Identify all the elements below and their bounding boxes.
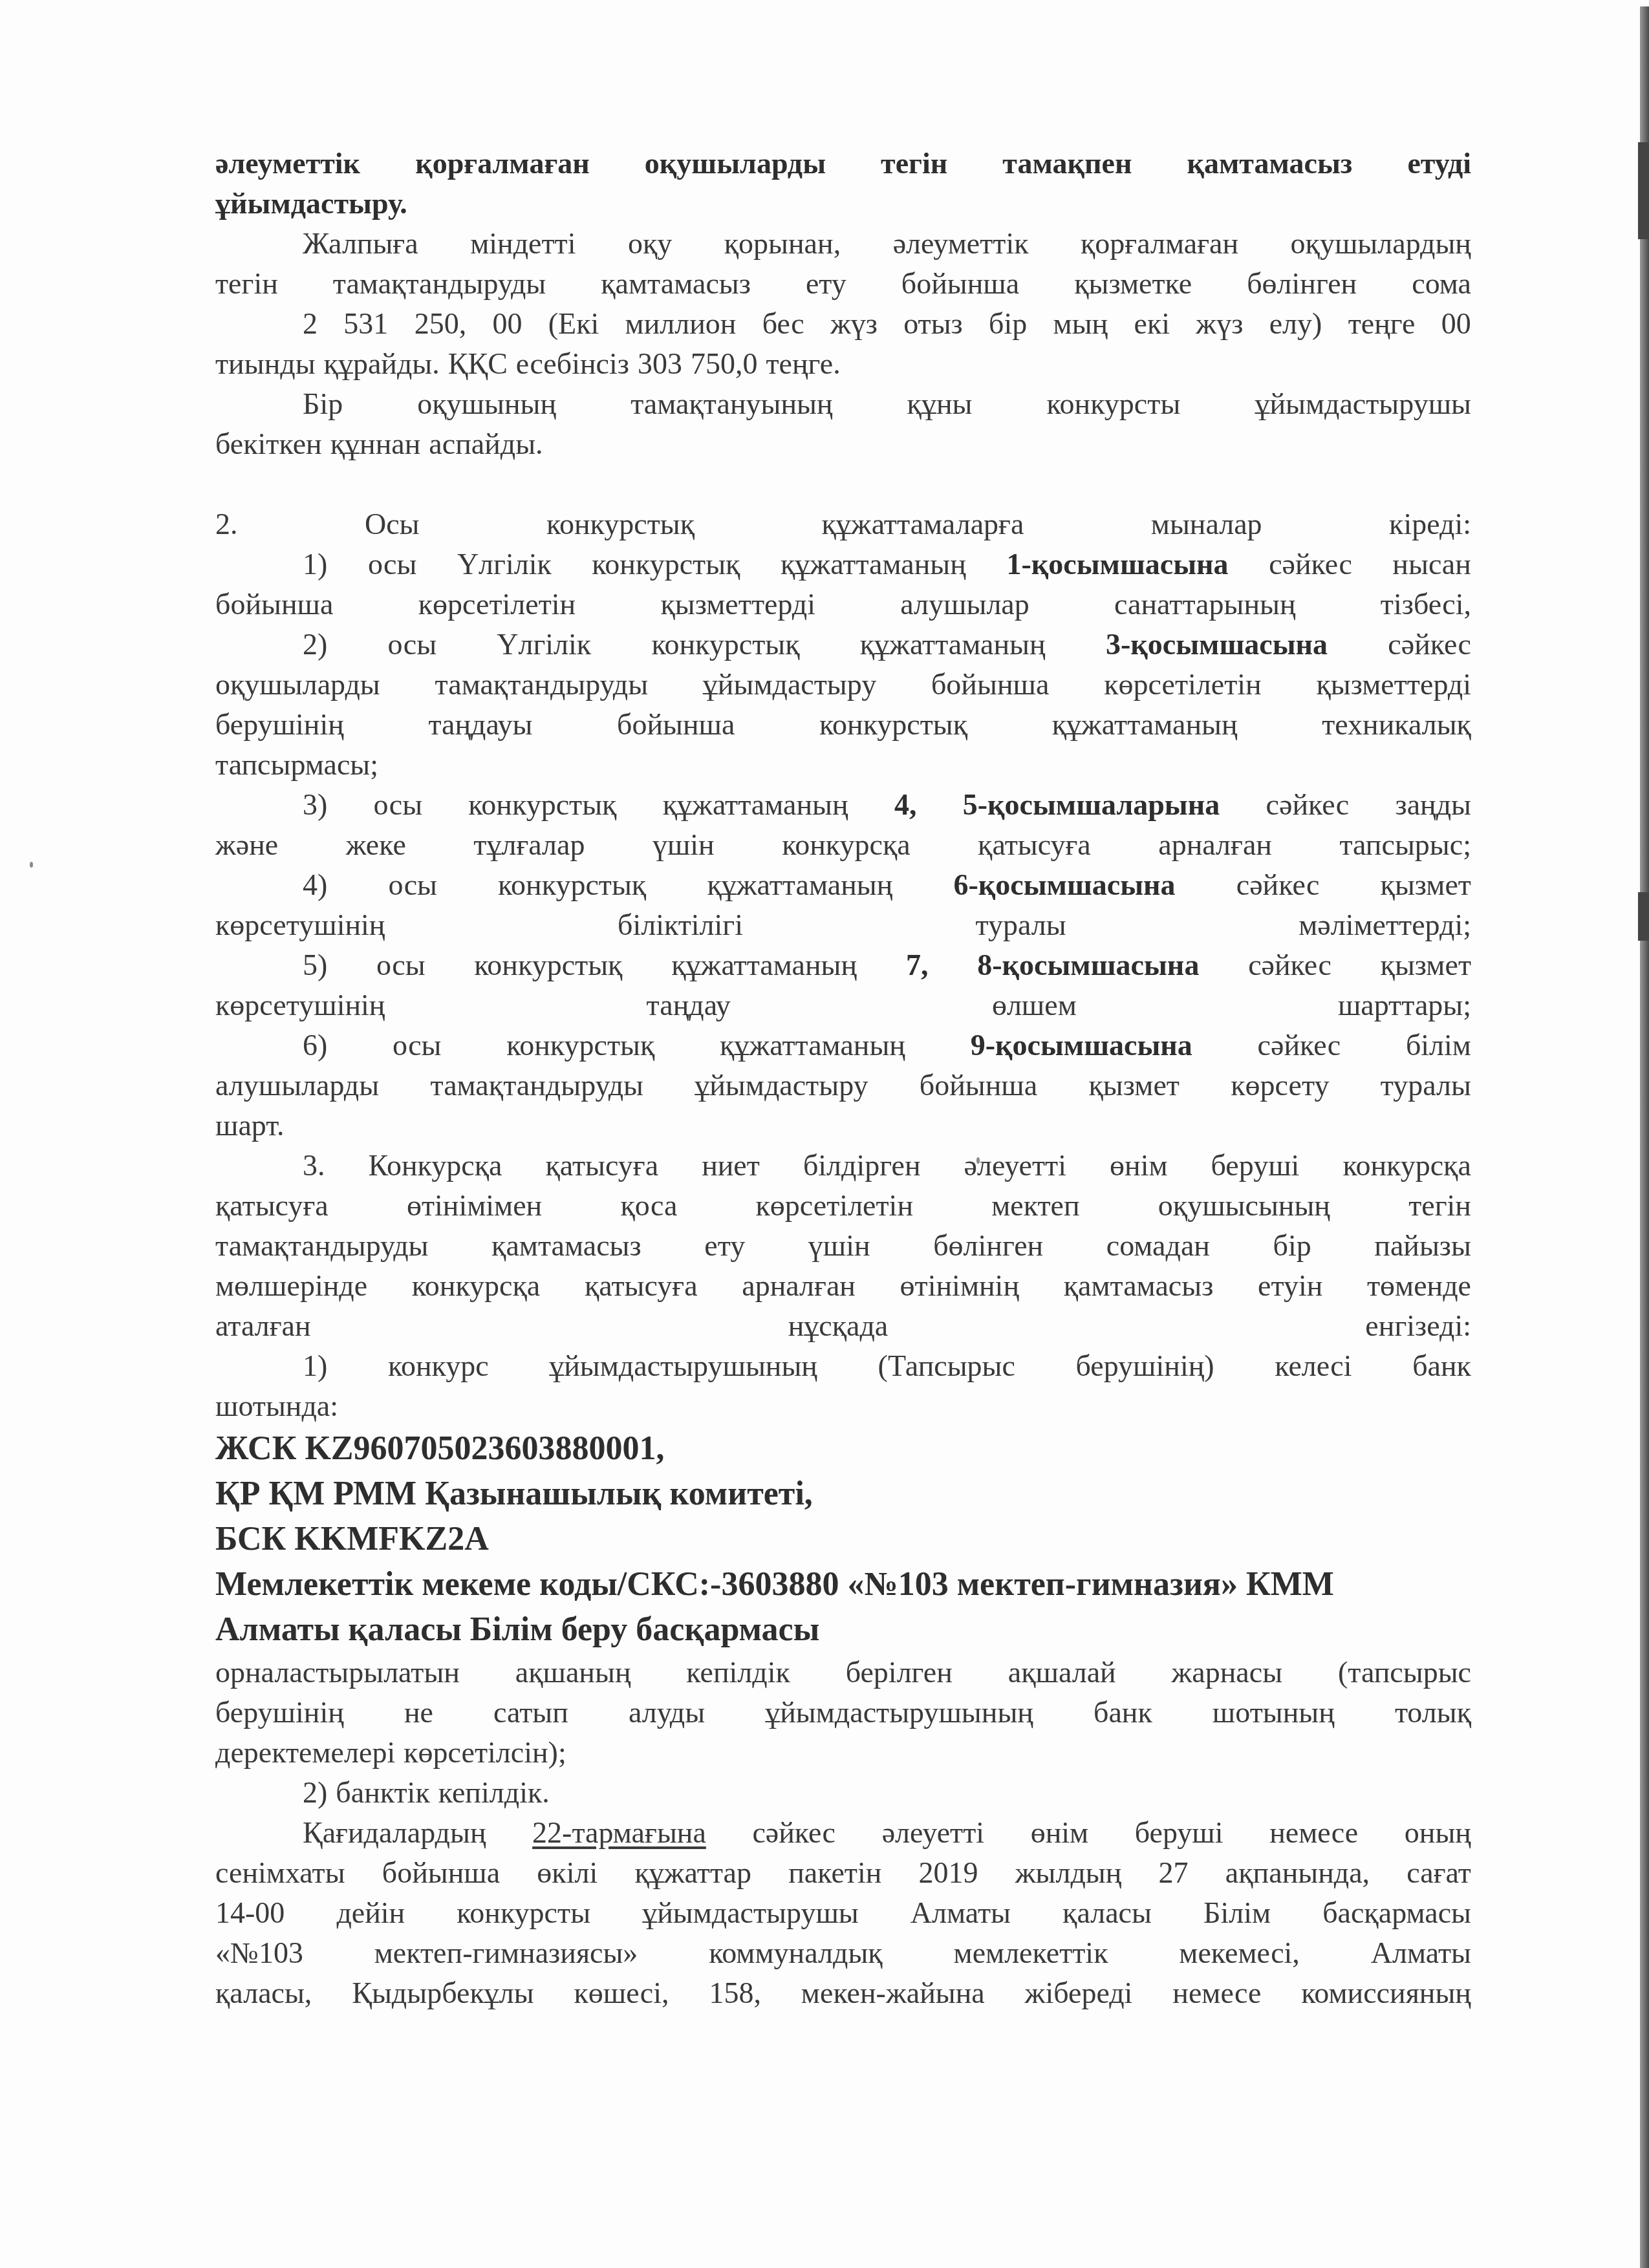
- word: құжаттаманың: [663, 785, 848, 825]
- word: 1): [303, 1346, 327, 1386]
- word: 3): [303, 785, 327, 825]
- word: беруші: [1211, 1146, 1300, 1186]
- word: нұсқада: [788, 1306, 889, 1346]
- word: Алматы: [911, 1893, 1011, 1933]
- word: (Екі: [548, 304, 599, 344]
- word: Қыдырбекұлы: [352, 1973, 533, 2013]
- word: 4): [303, 865, 327, 905]
- word: берілген: [846, 1653, 953, 1693]
- word: қызметтерді: [660, 584, 815, 625]
- word: 303: [638, 344, 682, 384]
- list-item: 3)осыконкурстыққұжаттаманың4,5-қосымшала…: [215, 785, 1471, 825]
- word: техникалық: [1322, 705, 1471, 745]
- text-line: орналастырылатынақшаныңкепілдікберілгена…: [215, 1653, 1471, 1693]
- word: тұлғалар: [473, 825, 585, 865]
- word: қаласы: [1062, 1893, 1152, 1933]
- word: таңдауы: [428, 705, 532, 745]
- word: аспайды.: [429, 424, 543, 464]
- word: теңге: [1348, 304, 1416, 344]
- word: құжаттар: [634, 1853, 751, 1893]
- word: миллион: [625, 304, 737, 344]
- word: 250,: [415, 304, 467, 344]
- word: бес: [762, 304, 804, 344]
- word: конкурсқа: [782, 825, 911, 865]
- word: ұйымдастыру.: [215, 184, 407, 224]
- word: Қағидалардың: [303, 1813, 486, 1853]
- heading-line: ұйымдастыру.: [215, 184, 1471, 224]
- text-line: бекіткенқұннанаспайды.: [215, 424, 1471, 464]
- text-line: деректемелерікөрсетілсін);: [215, 1733, 1471, 1773]
- word: құжаттаманың: [720, 1025, 905, 1065]
- word: қызмет: [1381, 945, 1471, 985]
- word: тамақтандыруды: [215, 1226, 428, 1266]
- appendix-reference: 3-қосымшасына: [1106, 625, 1328, 665]
- word: мектеп: [991, 1186, 1079, 1226]
- word: осы: [374, 785, 422, 825]
- word: берушінің): [1076, 1346, 1214, 1386]
- word: сенімхаты: [215, 1853, 345, 1893]
- list-item-continuation: оқушылардытамақтандырудыұйымдастырубойын…: [215, 665, 1471, 705]
- word: қамтамасыз: [1187, 144, 1353, 184]
- word: әлеуетті: [964, 1146, 1066, 1186]
- word: мың: [1053, 304, 1108, 344]
- word: жеке: [346, 825, 406, 865]
- word: мекемесі,: [1179, 1933, 1300, 1973]
- word: коммуналдық: [709, 1933, 882, 1973]
- list-item-continuation: шарт.: [215, 1106, 1471, 1146]
- word: құжаттаманың: [781, 544, 966, 584]
- word: 158,: [709, 1973, 761, 2013]
- word: пакетін: [788, 1853, 881, 1893]
- word: сәйкес: [752, 1813, 835, 1853]
- text-line: мөлшеріндеконкурсқақатысуғаарналғанөтіні…: [215, 1266, 1471, 1306]
- word: құннан: [330, 424, 421, 464]
- text-line: 14-00дейінконкурстыұйымдастырушыАлматықа…: [215, 1893, 1471, 1933]
- word: сәйкес: [1266, 785, 1350, 825]
- word: қаласы,: [215, 1973, 312, 2013]
- word: (тапсырыс: [1338, 1653, 1471, 1693]
- list-item: 4)осыконкурстыққұжаттаманың6-қосымшасына…: [215, 865, 1471, 905]
- word: құжаттамаларға: [822, 504, 1024, 544]
- word: қорғалмаған: [415, 144, 590, 184]
- word: қызметке: [1074, 264, 1192, 304]
- word: конкурсқа: [412, 1266, 541, 1306]
- word: жүз: [1196, 304, 1243, 344]
- word: Осы: [365, 504, 420, 544]
- word: сәйкес: [1258, 1025, 1341, 1065]
- word: немесе: [1269, 1813, 1358, 1853]
- word: конкурстық: [468, 785, 616, 825]
- appendix-reference: 7,: [906, 945, 929, 985]
- heading-line: әлеуметтікқорғалмағаноқушылардытегінтама…: [215, 144, 1471, 184]
- word: конкурстық: [474, 945, 622, 985]
- word: тегін: [1408, 1186, 1471, 1226]
- word: қорынан,: [724, 224, 841, 264]
- word: ұйымдастырушының: [765, 1693, 1033, 1733]
- word: бойынша: [920, 1065, 1037, 1106]
- word: қоса: [620, 1186, 677, 1226]
- word: комиссияның: [1301, 1973, 1471, 2013]
- word: конкурстық: [546, 504, 695, 544]
- appendix-reference: 8-қосымшасына: [977, 945, 1199, 985]
- text-line: 2531250,00(Екімиллионбесжүзотызбірмыңекі…: [215, 304, 1471, 344]
- word: оқушының: [417, 384, 556, 424]
- list-item-continuation: бойыншакөрсетілетінқызметтердіалушыларса…: [215, 584, 1471, 625]
- word: тамақтануының: [630, 384, 832, 424]
- word: жүз: [830, 304, 878, 344]
- list-item: 6)осыконкурстыққұжаттаманың9-қосымшасына…: [215, 1025, 1471, 1065]
- word: конкурстық: [498, 865, 646, 905]
- word: оқушыларды: [215, 665, 380, 705]
- word: конкурсқа: [1342, 1146, 1471, 1186]
- word: тапсырыс;: [1339, 825, 1471, 865]
- rules-clause-reference: 22-тармағына: [532, 1813, 706, 1853]
- word: мыналар: [1151, 504, 1262, 544]
- word: білім: [1406, 1025, 1471, 1065]
- list-item: 5)осыконкурстыққұжаттаманың7,8-қосымшасы…: [215, 945, 1471, 985]
- word: қызметтерді: [1316, 665, 1471, 705]
- section-title: 2.Осыконкурстыққұжаттамаларғамыналаркіре…: [215, 504, 1471, 544]
- word: 5): [303, 945, 327, 985]
- word: деректемелері: [215, 1733, 395, 1773]
- word: шарттары;: [1338, 985, 1471, 1025]
- word: көрсетушінің: [215, 905, 385, 945]
- word: құжаттаманың: [707, 865, 892, 905]
- word: Конкурсқа: [369, 1146, 502, 1186]
- text-line: қатысуғаөтініміменқосакөрсетілетінмектеп…: [215, 1186, 1471, 1226]
- word: бір: [1273, 1226, 1311, 1266]
- word: бойынша: [901, 264, 1019, 304]
- word: қорғалмаған: [1081, 224, 1238, 264]
- word: 00: [492, 304, 522, 344]
- word: біліктілігі: [618, 905, 743, 945]
- list-item-continuation: жәнежекетұлғаларүшінконкурсқақатысуғаарн…: [215, 825, 1471, 865]
- word: тамақтандыруды: [333, 264, 546, 304]
- word: көрсетушінің: [215, 985, 385, 1025]
- word: мемлекеттік: [954, 1933, 1108, 1973]
- document-body: әлеуметтікқорғалмағаноқушылардытегінтама…: [215, 144, 1471, 2013]
- list-item-continuation: көрсетушініңтаңдауөлшемшарттары;: [215, 985, 1471, 1025]
- word: осы: [368, 544, 416, 584]
- word: бір: [989, 304, 1027, 344]
- word: оқушылардың: [1291, 224, 1471, 264]
- word: санаттарының: [1114, 584, 1295, 625]
- word: 00: [1441, 304, 1471, 344]
- word: қамтамасыз: [601, 264, 751, 304]
- word: конкурсты: [1047, 384, 1181, 424]
- word: конкурстық: [506, 1025, 654, 1065]
- appendix-reference: 9-қосымшасына: [971, 1025, 1192, 1065]
- word: конкурс: [388, 1346, 489, 1386]
- word: бекіткен: [215, 424, 322, 464]
- word: 1): [303, 544, 327, 584]
- text-line: тиындықұрайды.ҚҚСесебінсіз303750,0теңге.: [215, 344, 1471, 384]
- word: ақпанында,: [1225, 1853, 1370, 1893]
- word: 750,0: [691, 344, 758, 384]
- word: 2019: [919, 1853, 978, 1893]
- word: оқушысының: [1158, 1186, 1330, 1226]
- word: қамтамасыз: [491, 1226, 641, 1266]
- bank-detail-line: ҚР ҚМ РММ Қазынашылық комитеті,: [215, 1471, 1471, 1517]
- text-line: Жалпығаміндеттіоқуқорынан,әлеуметтікқорғ…: [215, 224, 1471, 264]
- word: құжаттаманың: [1052, 705, 1238, 745]
- word: ету: [806, 264, 846, 304]
- word: сәйкес: [1248, 945, 1331, 985]
- word: туралы: [1381, 1065, 1471, 1106]
- word: отыз: [903, 304, 963, 344]
- word: ҚҚС: [448, 344, 508, 384]
- document-page: әлеуметтікқорғалмағаноқушылардытегінтама…: [0, 0, 1649, 2268]
- list-item-continuation: көрсетушініңбіліктілігітуралымәліметтерд…: [215, 905, 1471, 945]
- word: сәйкес: [1236, 865, 1320, 905]
- word: заңды: [1395, 785, 1471, 825]
- word: шотында:: [215, 1386, 338, 1426]
- word: толық: [1395, 1693, 1471, 1733]
- word: өнім: [1031, 1813, 1089, 1853]
- word: тамақтандыруды: [430, 1065, 643, 1106]
- word: көрсетілетін: [1104, 665, 1262, 705]
- word: және: [215, 825, 278, 865]
- text-line: 3.Конкурсқақатысуғаниетбілдіргенәлеуетті…: [215, 1146, 1471, 1186]
- word: берушінің: [215, 705, 344, 745]
- word: тамақпен: [1002, 144, 1132, 184]
- word: құны: [907, 384, 973, 424]
- word: 3.: [303, 1146, 325, 1186]
- word: шотының: [1212, 1693, 1335, 1733]
- word: арналған: [1158, 825, 1272, 865]
- word: көрсету: [1231, 1065, 1329, 1106]
- word: тегін: [215, 264, 278, 304]
- word: сәйкес: [1269, 544, 1352, 584]
- word: оқу: [628, 224, 672, 264]
- word: ақшалай: [1008, 1653, 1116, 1693]
- word: қатысуға: [978, 825, 1091, 865]
- word: көшесі,: [574, 1973, 669, 2013]
- word: банк: [1412, 1346, 1471, 1386]
- word: осы: [376, 945, 425, 985]
- word: міндетті: [470, 224, 576, 264]
- text-line: тегінтамақтандырудықамтамасызетубойыншақ…: [215, 264, 1471, 304]
- word: мәліметтерді;: [1299, 905, 1471, 945]
- word: құжаттаманың: [860, 625, 1046, 665]
- bank-detail-line: Мемлекеттік мекеме коды/СКС:-3603880 «№1…: [215, 1562, 1471, 1607]
- word: өтінімнің: [900, 1266, 1019, 1306]
- word: ақшаның: [515, 1653, 631, 1693]
- list-item: 1)осыҮлгілікконкурстыққұжаттаманың1-қосы…: [215, 544, 1471, 584]
- word: ұйымдастырушының: [549, 1346, 817, 1386]
- word: құжаттаманың: [671, 945, 857, 985]
- word: екі: [1134, 304, 1170, 344]
- word: банктік: [336, 1773, 429, 1813]
- word: бойынша: [931, 665, 1049, 705]
- word: нысан: [1392, 544, 1471, 584]
- word: өтінімімен: [407, 1186, 542, 1226]
- word: төменде: [1367, 1266, 1471, 1306]
- list-item-continuation: тапсырмасы;: [215, 745, 1471, 785]
- word: банк: [1094, 1693, 1152, 1733]
- appendix-reference: 4,: [894, 785, 917, 825]
- word: теңге.: [766, 344, 840, 384]
- word: ұйымдастыру: [703, 665, 876, 705]
- word: ниет: [702, 1146, 760, 1186]
- word: көрсетілетін: [418, 584, 576, 625]
- word: туралы: [975, 905, 1066, 945]
- word: әлеуметтік: [893, 224, 1029, 264]
- word: бойынша: [215, 584, 333, 625]
- word: білдірген: [803, 1146, 921, 1186]
- word: қызмет: [1089, 1065, 1180, 1106]
- text-line: қаласы,Қыдырбекұлыкөшесі,158,мекен-жайын…: [215, 1973, 1471, 2013]
- word: сома: [1412, 264, 1471, 304]
- word: етуді: [1407, 144, 1471, 184]
- bank-detail-line: БСК KKMFKZ2A: [215, 1517, 1471, 1562]
- word: 2.: [215, 504, 238, 544]
- word: конкурсты: [457, 1893, 590, 1933]
- word: шарт.: [215, 1106, 284, 1146]
- text-line: аталғаннұсқадаенгізеді:: [215, 1306, 1471, 1346]
- word: өнім: [1110, 1146, 1168, 1186]
- word: қатысуға: [215, 1186, 329, 1226]
- word: тамақтандыруды: [435, 665, 648, 705]
- word: сомадан: [1106, 1226, 1210, 1266]
- word: басқармасы: [1322, 1893, 1471, 1933]
- word: сатып: [493, 1693, 568, 1733]
- word: кіреді:: [1389, 504, 1471, 544]
- text-line: 1)конкурсұйымдастырушының(Тапсырысберуші…: [215, 1346, 1471, 1386]
- word: сәйкес: [1388, 625, 1471, 665]
- text-line: берушініңнесатыпалудыұйымдастырушыныңбан…: [215, 1693, 1471, 1733]
- word: тізбесі,: [1381, 584, 1471, 625]
- text-line: тамақтандырудықамтамасызетуүшінбөлінгенс…: [215, 1226, 1471, 1266]
- bank-detail-line: Алматы қаласы Білім беру басқармасы: [215, 1607, 1471, 1653]
- word: беруші: [1135, 1813, 1223, 1853]
- word: орналастырылатын: [215, 1653, 460, 1693]
- word: мектеп-гимназиясы»: [374, 1933, 638, 1973]
- text-line: сенімхатыбойыншаөкіліқұжаттарпакетін2019…: [215, 1853, 1471, 1893]
- text-line: Біроқушыныңтамақтануыныңқұныконкурстыұйы…: [215, 384, 1471, 424]
- word: жарнасы: [1172, 1653, 1283, 1693]
- word: тапсырмасы;: [215, 745, 378, 785]
- word: үшін: [652, 825, 715, 865]
- word: етуін: [1258, 1266, 1322, 1306]
- word: (Тапсырыс: [878, 1346, 1015, 1386]
- bank-guarantee-item: 2)банктіккепілдік.: [215, 1773, 1471, 1813]
- word: Бір: [303, 384, 343, 424]
- word: өлшем: [992, 985, 1077, 1025]
- word: таңдау: [647, 985, 731, 1025]
- word: қызмет: [1381, 865, 1471, 905]
- word: алушыларды: [215, 1065, 379, 1106]
- word: 27: [1159, 1853, 1189, 1893]
- word: тиынды: [215, 344, 316, 384]
- word: өкілі: [537, 1853, 598, 1893]
- word: әлеуметтік: [215, 144, 360, 184]
- appendix-reference: 5-қосымшаларына: [963, 785, 1220, 825]
- word: енгізеді:: [1365, 1306, 1471, 1346]
- word: ұйымдастыру: [695, 1065, 868, 1106]
- appendix-reference: 1-қосымшасына: [1006, 544, 1228, 584]
- text-line: шотында:: [215, 1386, 1471, 1426]
- word: 6): [303, 1025, 327, 1065]
- word: пайызы: [1374, 1226, 1471, 1266]
- final-paragraph-start: Қағидалардың22-тармағынасәйкесәлеуеттіөн…: [215, 1813, 1471, 1853]
- word: жібереді: [1025, 1973, 1133, 2013]
- word: әлеуетті: [882, 1813, 984, 1853]
- text-line: «№103мектеп-гимназиясы»коммуналдықмемлек…: [215, 1933, 1471, 1973]
- word: келесі: [1275, 1346, 1352, 1386]
- word: алуды: [629, 1693, 705, 1733]
- word: не: [404, 1693, 433, 1733]
- word: дейін: [336, 1893, 405, 1933]
- word: ұйымдастырушы: [642, 1893, 859, 1933]
- word: ету: [704, 1226, 745, 1266]
- word: арналған: [742, 1266, 856, 1306]
- list-item-continuation: алушылардытамақтандырудыұйымдастырубойын…: [215, 1065, 1471, 1106]
- word: конкурстық: [651, 625, 799, 665]
- word: осы: [388, 625, 436, 665]
- word: мекен-жайына: [801, 1973, 985, 2013]
- word: кепілдік: [686, 1653, 790, 1693]
- word: қатысуға: [585, 1266, 698, 1306]
- word: көрсетілетін: [756, 1186, 914, 1226]
- word: бөлінген: [1247, 264, 1357, 304]
- word: 2: [303, 304, 318, 344]
- word: Жалпыға: [303, 224, 418, 264]
- word: қатысуға: [545, 1146, 658, 1186]
- word: есебінсіз: [516, 344, 629, 384]
- appendix-reference: 6-қосымшасына: [953, 865, 1175, 905]
- bank-detail-line: ЖСК KZ960705023603880001,: [215, 1426, 1471, 1471]
- word: осы: [388, 865, 436, 905]
- word: Үлгілік: [457, 544, 552, 584]
- word: жылдың: [1015, 1853, 1122, 1893]
- word: алушылар: [900, 584, 1029, 625]
- word: аталған: [215, 1306, 311, 1346]
- word: құрайды.: [324, 344, 440, 384]
- word: Үлгілік: [497, 625, 591, 665]
- word: конкурстық: [592, 544, 740, 584]
- word: тегін: [881, 144, 947, 184]
- word: кепілдік.: [438, 1773, 550, 1813]
- word: Білім: [1203, 1893, 1271, 1933]
- word: 14-00: [215, 1893, 285, 1933]
- word: 531: [343, 304, 388, 344]
- word: 2): [303, 625, 327, 665]
- list-item-continuation: берушініңтаңдауыбойыншаконкурстыққұжатта…: [215, 705, 1471, 745]
- word: елу): [1269, 304, 1322, 344]
- word: осы: [393, 1025, 441, 1065]
- word: «№103: [215, 1933, 303, 1973]
- word: қамтамасыз: [1064, 1266, 1214, 1306]
- word: бойынша: [382, 1853, 500, 1893]
- scan-speck: [30, 862, 33, 868]
- word: 2): [303, 1773, 327, 1813]
- word: көрсетілсін);: [404, 1733, 566, 1773]
- word: оның: [1405, 1813, 1471, 1853]
- word: бойынша: [617, 705, 735, 745]
- word: ұйымдастырушы: [1255, 384, 1471, 424]
- scan-border: [1640, 6, 1649, 2268]
- word: немесе: [1172, 1973, 1261, 2013]
- word: Алматы: [1371, 1933, 1471, 1973]
- word: бөлінген: [933, 1226, 1043, 1266]
- word: үшін: [808, 1226, 870, 1266]
- word: конкурстық: [819, 705, 967, 745]
- word: мөлшерінде: [215, 1266, 367, 1306]
- list-item: 2)осыҮлгілікконкурстыққұжаттаманың3-қосы…: [215, 625, 1471, 665]
- word: берушінің: [215, 1693, 344, 1733]
- word: оқушыларды: [645, 144, 826, 184]
